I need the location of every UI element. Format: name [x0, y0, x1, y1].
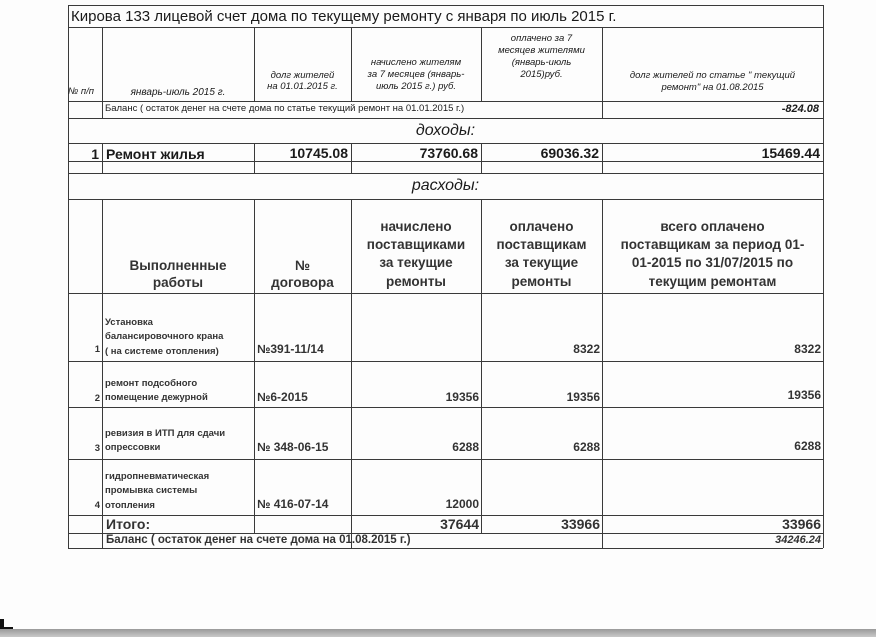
expense-row-work-line: ревизия в ИТП для сдачи: [105, 427, 225, 441]
expense-row-contract: №391-11/14: [257, 343, 324, 357]
total-accrued: 37644: [351, 516, 479, 532]
header-work-line: Выполненные: [102, 258, 254, 275]
header-paid-line: оплачено за 7: [481, 33, 602, 45]
header-debt-start-line: долг жителей: [254, 70, 351, 81]
income-row-number: 1: [68, 146, 99, 162]
header-accrued-line: начислено жителям: [351, 57, 481, 69]
income-row-name: Ремонт жилья: [106, 146, 205, 162]
header-accrued-line: июль 2015 г.) руб.: [351, 81, 481, 93]
expense-row-work-line: Установка: [105, 316, 223, 330]
document-title: Кирова 133 лицевой счет дома по текущему…: [71, 8, 616, 25]
header-supplier-paid-line: за текущие: [481, 254, 602, 272]
header-contract: № договора: [254, 258, 351, 292]
income-row-accrued: 73760.68: [351, 145, 478, 161]
header-debt-start-line: на 01.01.2015 г.: [254, 81, 351, 92]
header-paid-line: месяцев жителями: [481, 45, 602, 57]
expense-row-number: 4: [68, 501, 100, 512]
header-contract-line: №: [254, 258, 351, 275]
header-debt-end: долг жителей по статье " текущий ремонт"…: [602, 70, 823, 94]
income-section-label: доходы:: [68, 122, 823, 140]
header-work-line: работы: [102, 275, 254, 292]
expense-row-work-line: ( на системе отопления): [105, 345, 223, 359]
balance-start-label: Баланс ( остаток денег на счете дома по …: [105, 104, 464, 115]
total-total-paid: 33966: [602, 516, 821, 532]
income-row-debt-end: 15469.44: [602, 145, 820, 161]
expense-row-contract: № 348-06-15: [257, 441, 328, 455]
expense-row-total-paid: 8322: [602, 343, 821, 357]
header-supplier-paid-line: поставщикам: [481, 236, 602, 254]
header-work: Выполненные работы: [102, 258, 254, 292]
expense-row-work-line: промывка системы: [105, 484, 209, 498]
expense-row-work: ревизия в ИТП для сдачи опрессовки: [105, 427, 225, 456]
expense-row-work-line: помещение дежурной: [105, 391, 208, 405]
header-total-paid-line: поставщикам за период 01-: [602, 236, 823, 254]
expense-row-work-line: балансировочного крана: [105, 330, 223, 344]
balance-end-value: 34246.24: [602, 534, 821, 547]
total-paid: 33966: [481, 516, 600, 532]
income-row-paid: 69036.32: [481, 145, 599, 161]
header-supplier-accrued-line: за текущие: [351, 254, 481, 272]
expense-row-paid: 6288: [481, 441, 600, 455]
expense-row-paid: 19356: [481, 391, 600, 405]
header-debt-start: долг жителей на 01.01.2015 г.: [254, 70, 351, 93]
header-debt-end-line: ремонт" на 01.08.2015: [602, 82, 823, 94]
header-total-paid: всего оплачено поставщикам за период 01-…: [602, 218, 823, 291]
expense-row-accrued: 6288: [351, 441, 479, 455]
header-supplier-accrued-line: начислено: [351, 218, 481, 236]
income-row-debt-start: 10745.08: [254, 145, 348, 161]
expense-row-work: ремонт подсобного помещение дежурной: [105, 377, 208, 406]
expense-row-work-line: гидропневматическая: [105, 470, 209, 484]
expense-row-number: 1: [68, 345, 100, 356]
header-paid-residents: оплачено за 7 месяцев жителями (январь-и…: [481, 33, 602, 81]
header-supplier-paid-line: оплачено: [481, 218, 602, 236]
balance-start-value: -824.08: [602, 103, 819, 116]
expense-row-work-line: отопления: [105, 499, 209, 513]
header-paid-line: (январь-июль: [481, 57, 602, 69]
total-label: Итого:: [106, 516, 150, 532]
expense-row-total-paid: 19356: [602, 389, 821, 403]
expense-row-contract: №6-2015: [257, 391, 308, 405]
balance-end-label: Баланс ( остаток денег на счете дома на …: [106, 534, 411, 547]
header-supplier-paid-line: ремонты: [481, 273, 602, 291]
header-total-paid-line: 01-2015 по 31/07/2015 по: [602, 254, 823, 272]
header-period: январь-июль 2015 г.: [102, 87, 254, 99]
expense-row-accrued: 19356: [351, 391, 479, 405]
expense-row-paid: 8322: [481, 343, 600, 357]
header-total-paid-line: всего оплачено: [602, 218, 823, 236]
header-supplier-paid: оплачено поставщикам за текущие ремонты: [481, 218, 602, 291]
expense-row-work: Установка балансировочного крана ( на си…: [105, 316, 223, 359]
expense-row-number: 2: [68, 394, 100, 405]
header-row-number: № п/п: [68, 87, 94, 98]
expense-row-work-line: опрессовки: [105, 441, 225, 455]
expense-row-total-paid: 6288: [602, 440, 821, 454]
header-accrued-residents: начислено жителям за 7 месяцев (январь- …: [351, 57, 481, 93]
header-paid-line: 2015)руб.: [481, 69, 602, 81]
scan-edge-bar: [0, 629, 876, 637]
header-accrued-line: за 7 месяцев (январь-: [351, 69, 481, 81]
header-contract-line: договора: [254, 275, 351, 292]
expense-row-contract: № 416-07-14: [257, 498, 328, 512]
expense-row-work-line: ремонт подсобного: [105, 377, 208, 391]
header-total-paid-line: текущим ремонтам: [602, 273, 823, 291]
header-supplier-accrued: начислено поставщиками за текущие ремонт…: [351, 218, 481, 291]
expense-row-number: 3: [68, 444, 100, 455]
expense-section-label: расходы:: [68, 177, 823, 195]
expense-row-work: гидропневматическая промывка системы ото…: [105, 470, 209, 513]
header-supplier-accrued-line: поставщиками: [351, 236, 481, 254]
header-debt-end-line: долг жителей по статье " текущий: [602, 70, 823, 82]
expense-row-accrued: 12000: [351, 498, 479, 512]
header-supplier-accrued-line: ремонты: [351, 273, 481, 291]
